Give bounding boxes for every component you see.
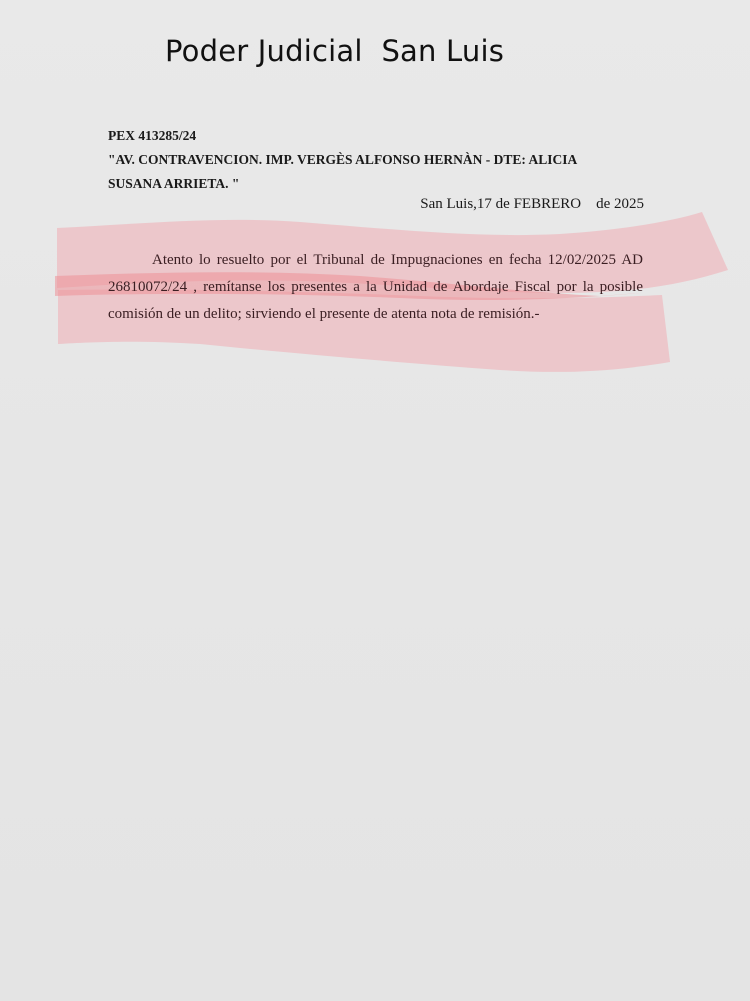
case-number: PEX 413285/24 (108, 124, 644, 148)
date-line: San Luis,17 de FEBRERO de 2025 (108, 196, 644, 213)
institution-header: Poder Judicial San Luis (165, 34, 504, 68)
case-title-line-1: "AV. CONTRAVENCION. IMP. VERGÈS ALFONSO … (108, 148, 644, 172)
document-page: Poder Judicial San Luis PEX 413285/24 "A… (0, 0, 750, 1001)
case-caption: PEX 413285/24 "AV. CONTRAVENCION. IMP. V… (108, 124, 644, 196)
body-paragraph: Atento lo resuelto por el Tribunal de Im… (108, 247, 643, 328)
case-title-line-2: SUSANA ARRIETA. " (108, 172, 644, 196)
